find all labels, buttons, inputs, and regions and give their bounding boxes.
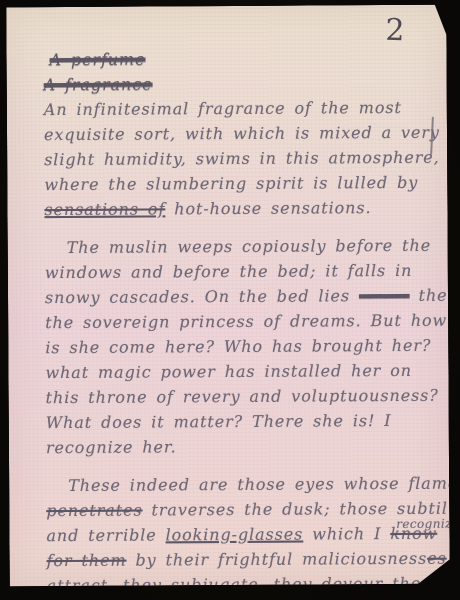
manuscript-line: the sovereign princess of dreams. But ho… [45,308,438,335]
handwritten-text: the sovereign princess of dreams. But ho… [45,311,447,332]
handwritten-text: is she come here? Who has brought her? [45,336,431,357]
manuscript-line: is she come here? Who has brought her? [45,333,438,360]
crossed-out-text: knowrecognize [390,524,437,543]
handwritten-text: by their frightful maliciousness [126,549,427,570]
manuscript-paper: 2 A perfumeA fragranceAn infinitesimal f… [6,5,450,587]
manuscript-line: windows and before the bed; it falls in [45,258,438,285]
handwritten-text: The muslin weeps copiously before the [67,236,431,257]
handwriting-block: A perfumeA fragranceAn infinitesimal fra… [43,31,439,598]
crossed-out-text: for them [47,551,127,570]
manuscript-line: this throne of revery and voluptuousness… [46,383,439,410]
manuscript-line: and terrible looking-glasses which I kno… [46,521,439,548]
handwritten-text: which I [303,524,390,544]
manuscript-line: where the slumbering spirit is lulled by [44,170,437,197]
handwritten-text: slight humidity, swims in this atmospher… [44,148,440,169]
manuscript-line: recognize her. [46,433,439,460]
manuscript-line: for them by their frightful maliciousnes… [47,546,440,573]
crossed-out-text: penetrates [46,501,142,521]
handwritten-text: this throne of revery and voluptuousness… [46,386,439,407]
crossed-out-text: A perfume [49,49,145,69]
handwritten-text: recognize her. [46,437,177,457]
manuscript-line: An infinitesimal fragrance of the most [44,95,437,122]
handwritten-text: what magic power has installed her on [45,361,412,382]
handwritten-text: exquisite sort, with which is mixed a ve… [44,123,440,144]
underlined-text: looking-glasses [166,525,304,545]
manuscript-line: These indeed are those eyes whose flame [46,471,439,498]
handwritten-text: where the slumbering spirit is lulled by [44,173,418,194]
crossed-out-text: ⁓⁓⁓ [359,286,410,305]
crossed-out-text: sensations of [44,199,165,219]
handwritten-text: An infinitesimal fragrance of the most [44,98,402,119]
handwritten-text: These indeed are those eyes whose flame [68,474,458,495]
handwritten-text: What does it matter? There she is! I [46,411,392,432]
manuscript-line: slight humidity, swims in this atmospher… [44,145,437,172]
manuscript-line: The muslin weeps copiously before the [45,233,438,260]
manuscript-line: penetrates traverses the dusk; those sub… [46,496,439,523]
manuscript-line: A fragrance [44,70,437,97]
manuscript-line: A perfume [43,45,436,72]
handwritten-text: windows and before the bed; it falls in [45,261,413,282]
manuscript-line: what magic power has installed her on [45,358,438,385]
manuscript-line: What does it matter? There she is! I [46,408,439,435]
handwritten-text: snowy cascades. On the bed lies [45,286,359,307]
manuscript-line: snowy cascades. On the bed lies ⁓⁓⁓ the … [45,283,438,310]
manuscript-line: sensations of hot-house sensations. [44,195,437,222]
handwritten-text: and terrible [46,525,165,545]
handwritten-text: hot-house sensations. [165,198,371,218]
crossed-out-text: A fragrance [44,74,153,94]
manuscript-line: exquisite sort, with which is mixed a ve… [44,120,437,147]
